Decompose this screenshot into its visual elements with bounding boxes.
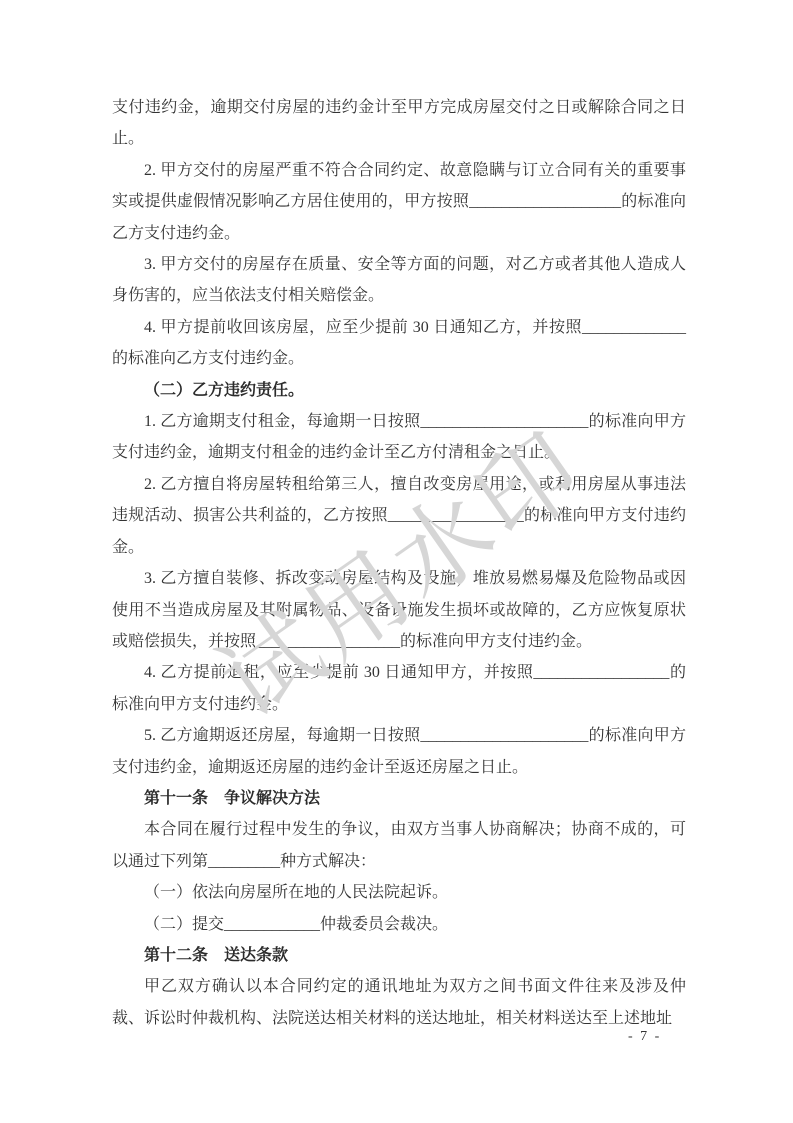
paragraph: 4. 甲方提前收回该房屋，应至少提前 30 日通知乙方，并按照_________… <box>112 312 686 375</box>
paragraph: 本合同在履行过程中发生的争议，由双方当事人协商解决；协商不成的，可以通过下列第_… <box>112 814 686 877</box>
paragraph: 4. 乙方提前退租，应至少提前 30 日通知甲方，并按照____________… <box>112 657 686 720</box>
section-heading: （二）乙方违约责任。 <box>112 375 686 406</box>
contract-page: 支付违约金，逾期交付房屋的违约金计至甲方完成房屋交付之日或解除合同之日止。2. … <box>0 0 793 1123</box>
paragraph: 甲乙双方确认以本合同约定的通讯地址为双方之间书面文件往来及涉及仲裁、诉讼时仲裁机… <box>112 971 686 1034</box>
paragraph: 3. 乙方擅自装修、拆改变动房屋结构及设施，堆放易燃易爆及危险物品或因使用不当造… <box>112 563 686 657</box>
paragraph: 2. 乙方擅自将房屋转租给第三人，擅自改变房屋用途，或利用房屋从事违法违规活动、… <box>112 469 686 563</box>
paragraph: 5. 乙方逾期返还房屋，每逾期一日按照_____________________… <box>112 720 686 783</box>
section-heading: 第十一条 争议解决方法 <box>112 783 686 814</box>
paragraph: 2. 甲方交付的房屋严重不符合合同约定、故意隐瞒与订立合同有关的重要事实或提供虚… <box>112 155 686 249</box>
paragraph: （一）依法向房屋所在地的人民法院起诉。 <box>112 877 686 908</box>
paragraph: （二）提交____________仲裁委员会裁决。 <box>112 909 686 940</box>
paragraph: 1. 乙方逾期支付租金，每逾期一日按照_____________________… <box>112 406 686 469</box>
section-heading: 第十二条 送达条款 <box>112 940 686 971</box>
page-number: - 7 - <box>628 1029 661 1045</box>
document-body: 支付违约金，逾期交付房屋的违约金计至甲方完成房屋交付之日或解除合同之日止。2. … <box>112 92 686 1034</box>
paragraph: 3. 甲方交付的房屋存在质量、安全等方面的问题，对乙方或者其他人造成人身伤害的，… <box>112 249 686 312</box>
paragraph: 支付违约金，逾期交付房屋的违约金计至甲方完成房屋交付之日或解除合同之日止。 <box>112 92 686 155</box>
